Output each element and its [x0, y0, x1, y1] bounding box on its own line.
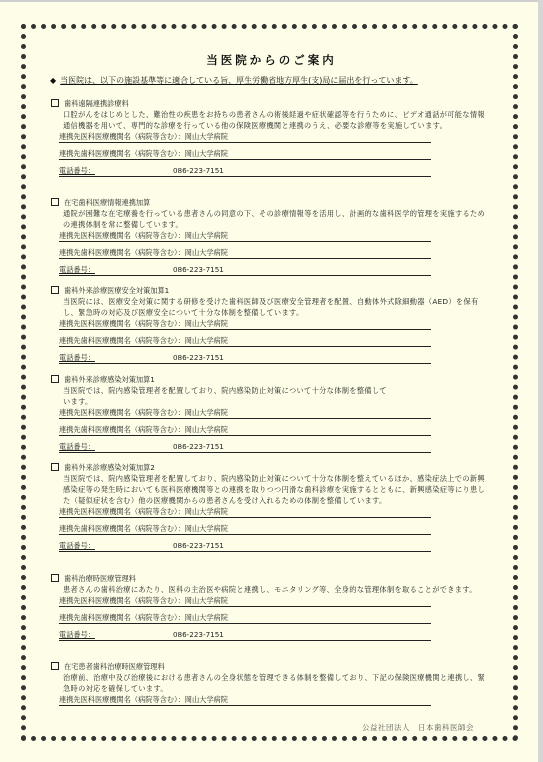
section-heading: 歯科治療時医療管理料: [51, 573, 491, 584]
checkbox[interactable]: [51, 662, 59, 670]
page-title: 当医院からのご案内: [0, 52, 543, 68]
section-home-dental-info-link: 在宅歯科医療情報連携加算 通院が困難な在宅療養を行っている患者さんの同意の下、そ…: [51, 197, 491, 281]
checkbox[interactable]: [51, 99, 59, 107]
medical-institution-field: 連携先医科医療機関名（病院等含む）：岡山大学病院: [59, 131, 431, 143]
phone-field: 電話番号：086-223-7151: [59, 165, 431, 177]
medical-institution-field: 連携先医科医療機関名（病院等含む）：岡山大学病院: [59, 318, 431, 330]
section-heading: 歯科外来診療医療安全対策加算1: [51, 285, 491, 296]
medical-institution-field: 連携先医科医療機関名（病院等含む）：岡山大学病院: [59, 407, 431, 419]
window-top-edge: [0, 0, 543, 2]
phone-field: 電話番号：086-223-7151: [59, 352, 431, 364]
phone-number: 086-223-7151: [173, 540, 224, 551]
section-title: 歯科治療時医療管理料: [64, 574, 136, 583]
phone-field: 電話番号：086-223-7151: [59, 540, 431, 552]
section-heading: 在宅患者歯科治療時医療管理料: [51, 661, 491, 672]
section-description: 当医院には、医療安全対策に関する研修を受けた歯科医師及び医療安全管理者を配置、自…: [51, 296, 491, 318]
section-title: 歯科外来診療感染対策加算2: [64, 463, 155, 472]
section-title: 在宅患者歯科治療時医療管理料: [64, 662, 165, 671]
checkbox[interactable]: [51, 198, 59, 206]
dental-institution-field: 連携先歯科医療機関名（病院等含む）：岡山大学病院: [59, 148, 431, 160]
checkbox[interactable]: [51, 574, 59, 582]
phone-field: 電話番号：086-223-7151: [59, 441, 431, 453]
notice-line: ◆当医院は、以下の施設基準等に適合している旨、厚生労働省地方厚生(支)局に届出を…: [50, 75, 418, 86]
scrollbar-track[interactable]: [538, 0, 543, 762]
dental-institution-field: 連携先歯科医療機関名（病院等含む）：岡山大学病院: [59, 424, 431, 436]
section-home-patient-treatment-management: 在宅患者歯科治療時医療管理料 治療前、治療中及び治療後における患者さんの全身状態…: [51, 661, 491, 711]
section-dental-remote-consultation: 歯科遠隔連携診療料 口腔がんをはじめとした、難治性の疾患をお持ちの患者さんの術後…: [51, 98, 491, 182]
checkbox[interactable]: [51, 463, 59, 471]
phone-field: 電話番号：086-223-7151: [59, 629, 431, 641]
section-description: 治療前、治療中及び治療後における患者さんの全身状態を管理できる体制を整備しており…: [51, 672, 491, 694]
section-outpatient-safety-1: 歯科外来診療医療安全対策加算1 当医院には、医療安全対策に関する研修を受けた歯科…: [51, 285, 491, 369]
section-heading: 歯科外来診療感染対策加算1: [51, 374, 491, 385]
section-description: 当医院では、院内感染管理者を配置しており、院内感染防止対策について十分な体制を整…: [51, 385, 393, 407]
section-title: 歯科遠隔連携診療料: [64, 99, 129, 108]
section-description: 口腔がんをはじめとした、難治性の疾患をお持ちの患者さんの術後経過や症状確認等を行…: [51, 109, 491, 131]
medical-institution-field: 連携先医科医療機関名（病院等含む）：岡山大学病院: [59, 595, 431, 607]
dental-institution-field: 連携先歯科医療機関名（病院等含む）：岡山大学病院: [59, 247, 431, 259]
section-outpatient-infection-2: 歯科外来診療感染対策加算2 当医院では、院内感染管理者を配置しており、院内感染防…: [51, 462, 491, 557]
phone-number: 086-223-7151: [173, 629, 224, 640]
section-outpatient-infection-1: 歯科外来診療感染対策加算1 当医院では、院内感染管理者を配置しており、院内感染防…: [51, 374, 491, 458]
dental-institution-field: 連携先歯科医療機関名（病院等含む）：岡山大学病院: [59, 523, 431, 535]
medical-institution-field: 連携先医科医療機関名（病院等含む）：岡山大学病院: [59, 694, 431, 706]
section-heading: 歯科遠隔連携診療料: [51, 98, 491, 109]
section-description: 当医院では、院内感染管理者を配置しており、院内感染防止対策について十分な体制を整…: [51, 473, 491, 506]
medical-institution-field: 連携先医科医療機関名（病院等含む）：岡山大学病院: [59, 506, 431, 518]
notice-text: 当医院は、以下の施設基準等に適合している旨、厚生労働省地方厚生(支)局に届出を行…: [60, 76, 418, 85]
phone-number: 086-223-7151: [173, 165, 224, 176]
medical-institution-field: 連携先医科医療機関名（病院等含む）：岡山大学病院: [59, 230, 431, 242]
phone-number: 086-223-7151: [173, 264, 224, 275]
section-title: 歯科外来診療医療安全対策加算1: [64, 286, 169, 295]
section-dental-treatment-management: 歯科治療時医療管理料 患者さんの歯科治療にあたり、医科の主治医や病院と連携し、モ…: [51, 573, 491, 646]
diamond-bullet-icon: ◆: [50, 76, 56, 85]
checkbox[interactable]: [51, 375, 59, 383]
section-title: 在宅歯科医療情報連携加算: [64, 198, 150, 207]
section-heading: 歯科外来診療感染対策加算2: [51, 462, 491, 473]
dental-institution-field: 連携先歯科医療機関名（病院等含む）：岡山大学病院: [59, 335, 431, 347]
footer-organization: 公益社団法人 日本歯科医師会: [362, 722, 474, 733]
phone-number: 086-223-7151: [173, 352, 224, 363]
phone-number: 086-223-7151: [173, 441, 224, 452]
section-description: 患者さんの歯科治療にあたり、医科の主治医や病院と連携し、モニタリング等、全身的な…: [51, 584, 491, 595]
section-title: 歯科外来診療感染対策加算1: [64, 375, 155, 384]
checkbox[interactable]: [51, 286, 59, 294]
dental-institution-field: 連携先歯科医療機関名（病院等含む）：岡山大学病院: [59, 612, 431, 624]
phone-field: 電話番号：086-223-7151: [59, 264, 431, 276]
section-heading: 在宅歯科医療情報連携加算: [51, 197, 491, 208]
section-description: 通院が困難な在宅療養を行っている患者さんの同意の下、その診療情報等を活用し、計画…: [51, 208, 491, 230]
